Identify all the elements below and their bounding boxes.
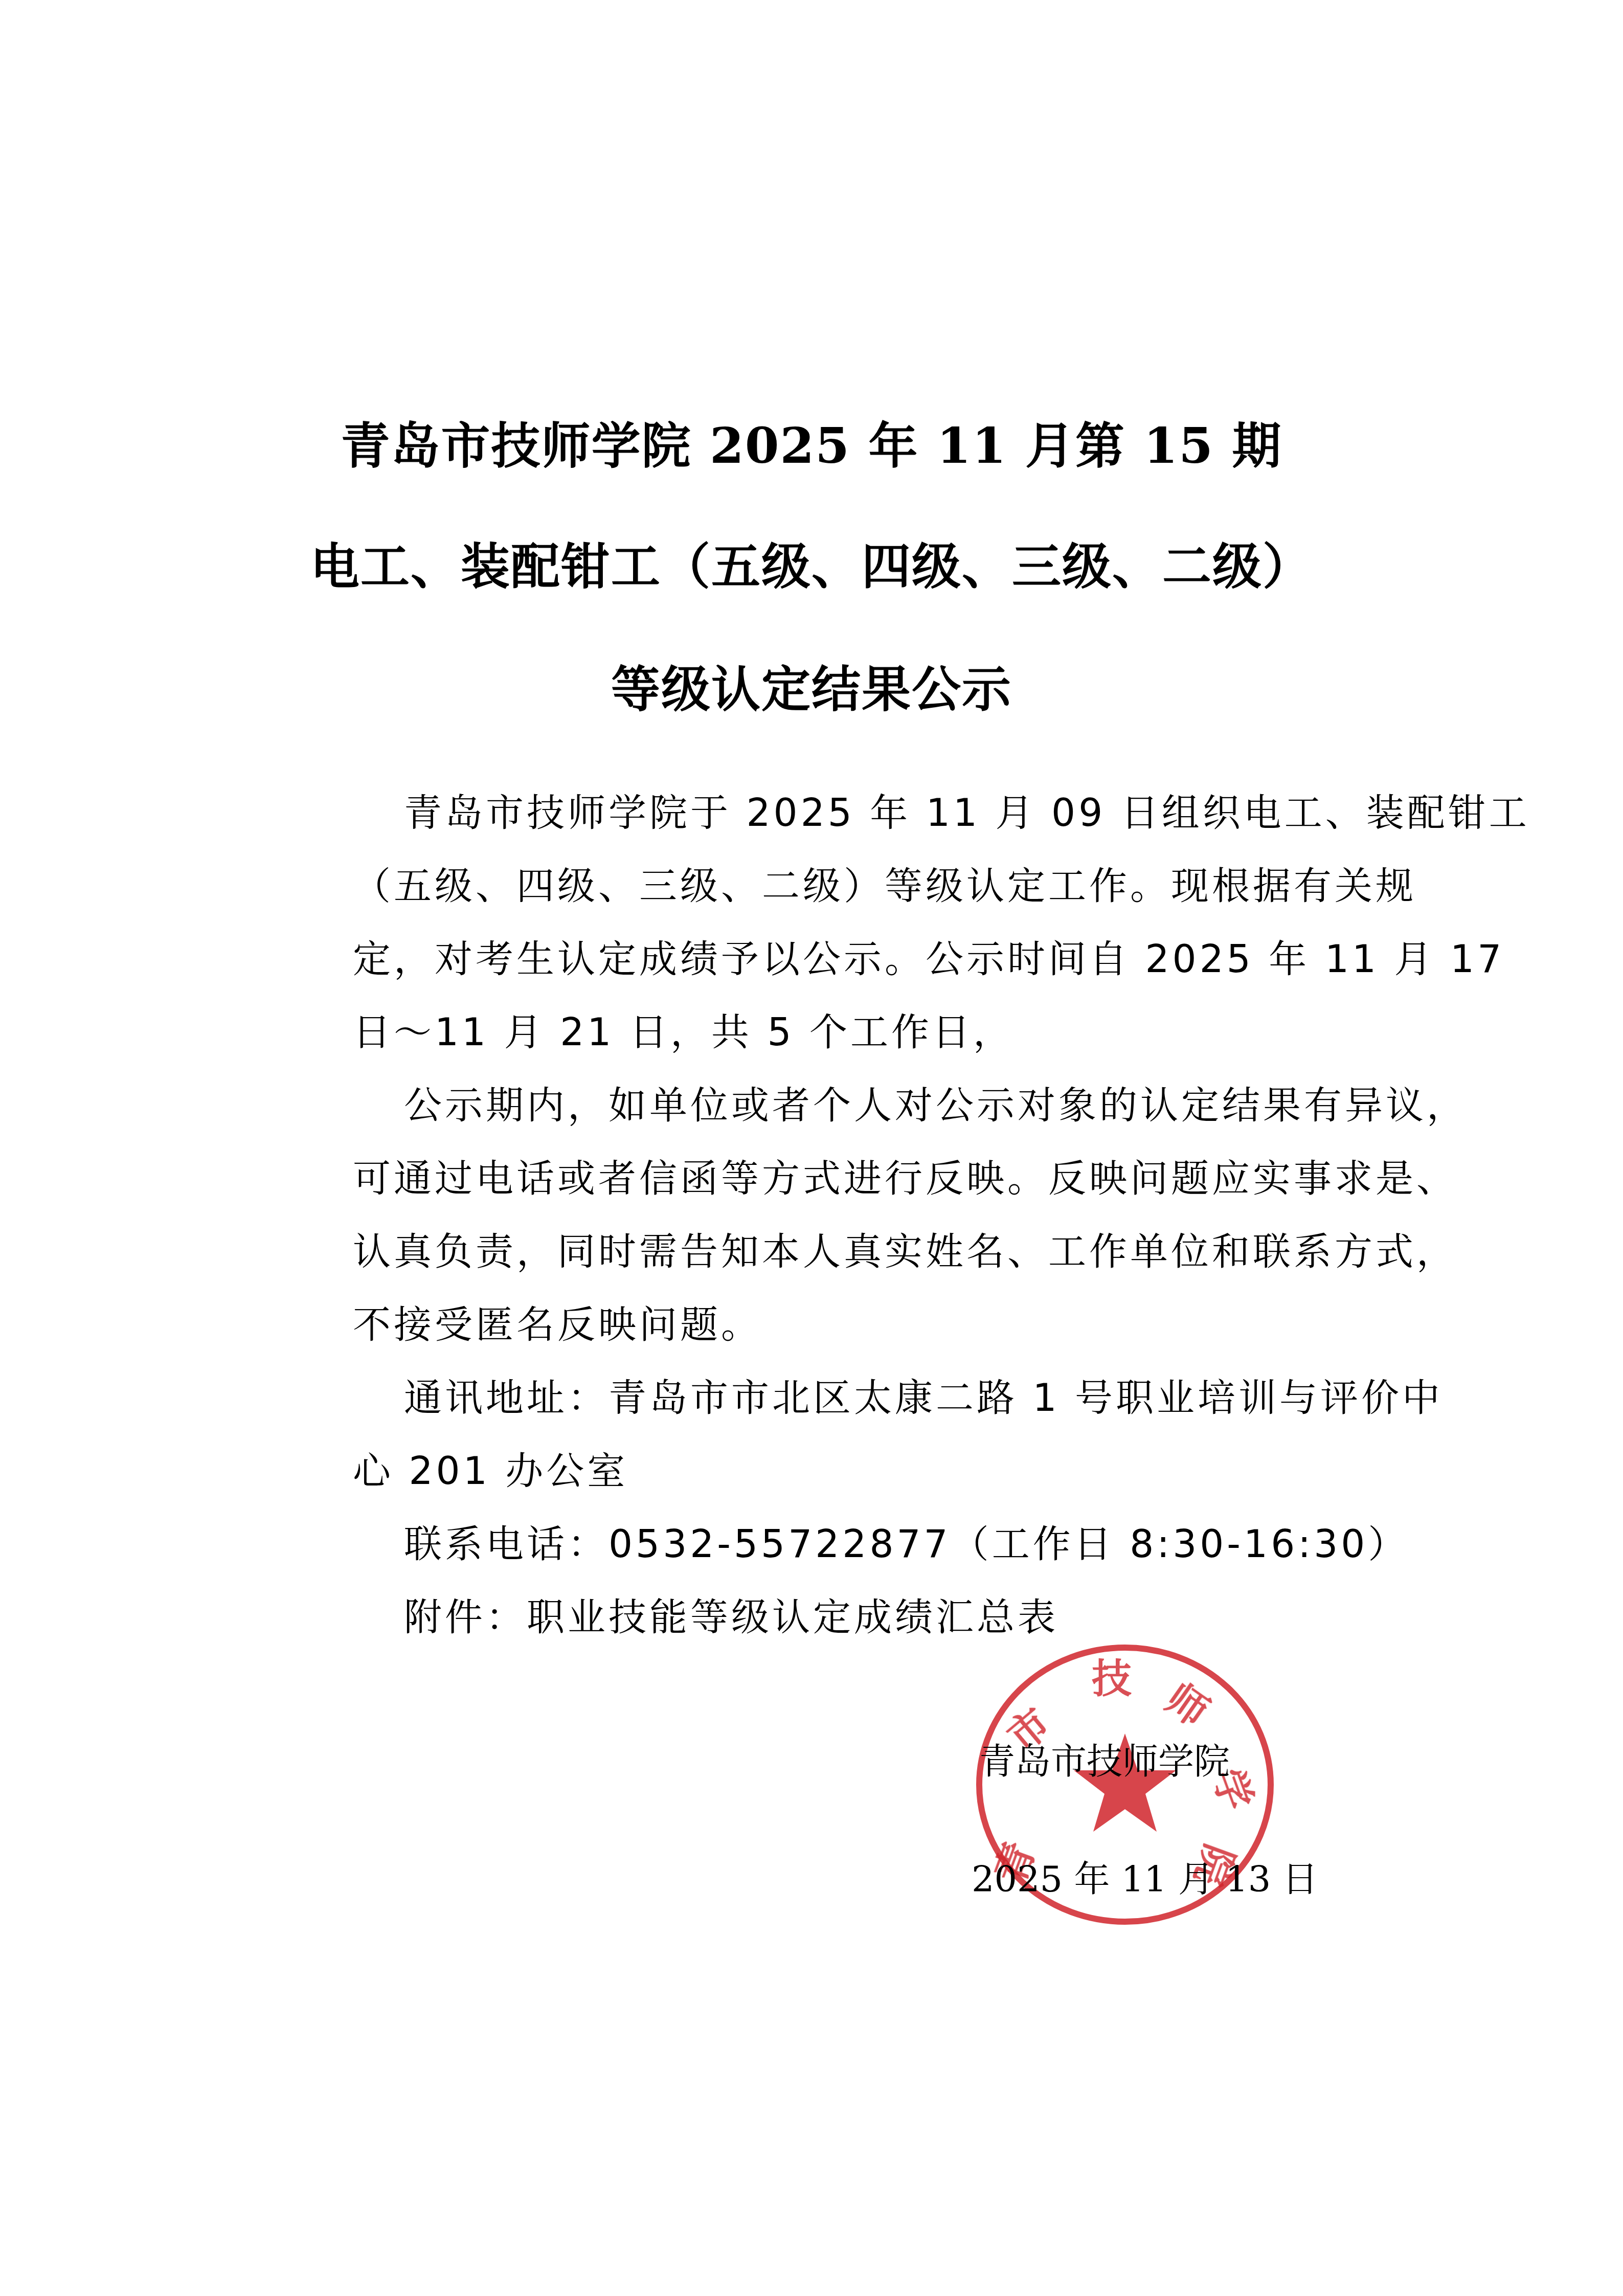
address-line: 通讯地址：青岛市市北区太康二路 1 号职业培训与评价中 — [404, 1372, 1416, 1424]
body-line: 可通过电话或者信函等方式进行反映。反映问题应实事求是、 — [353, 1153, 1365, 1204]
body-line: 日～11 月 21 日，共 5 个工作日， — [353, 1007, 1365, 1058]
svg-text:技: 技 — [1092, 1656, 1132, 1702]
svg-text:师: 师 — [1157, 1675, 1216, 1736]
title-line-1: 青岛市技师学院 2025 年 11 月第 15 期 — [0, 415, 1623, 477]
address-line: 心 201 办公室 — [353, 1446, 1365, 1497]
body-line: 定，对考生认定成绩予以公示。公示时间自 2025 年 11 月 17 — [353, 934, 1365, 985]
document-page: 青岛市技师学院 2025 年 11 月第 15 期 电工、装配钳工（五级、四级、… — [0, 0, 1623, 2296]
body-line: 公示期内，如单位或者个人对公示对象的认定结果有异议， — [404, 1080, 1416, 1131]
body-line: 认真负责，同时需告知本人真实姓名、工作单位和联系方式， — [353, 1226, 1365, 1277]
body-line: 不接受匿名反映问题。 — [353, 1299, 1365, 1350]
title-line-3: 等级认定结果公示 — [0, 659, 1623, 720]
body-line: 青岛市技师学院于 2025 年 11 月 09 日组织电工、装配钳工 — [404, 787, 1416, 839]
body-line: （五级、四级、三级、二级）等级认定工作。现根据有关规 — [353, 861, 1365, 912]
signature-organization: 青岛市技师学院 — [979, 1739, 1230, 1785]
title-line-2: 电工、装配钳工（五级、四级、三级、二级） — [0, 536, 1623, 597]
phone-line: 联系电话：0532-55722877（工作日 8:30-16:30） — [404, 1519, 1416, 1570]
signature-date: 2025 年 11 月 13 日 — [972, 1856, 1318, 1902]
